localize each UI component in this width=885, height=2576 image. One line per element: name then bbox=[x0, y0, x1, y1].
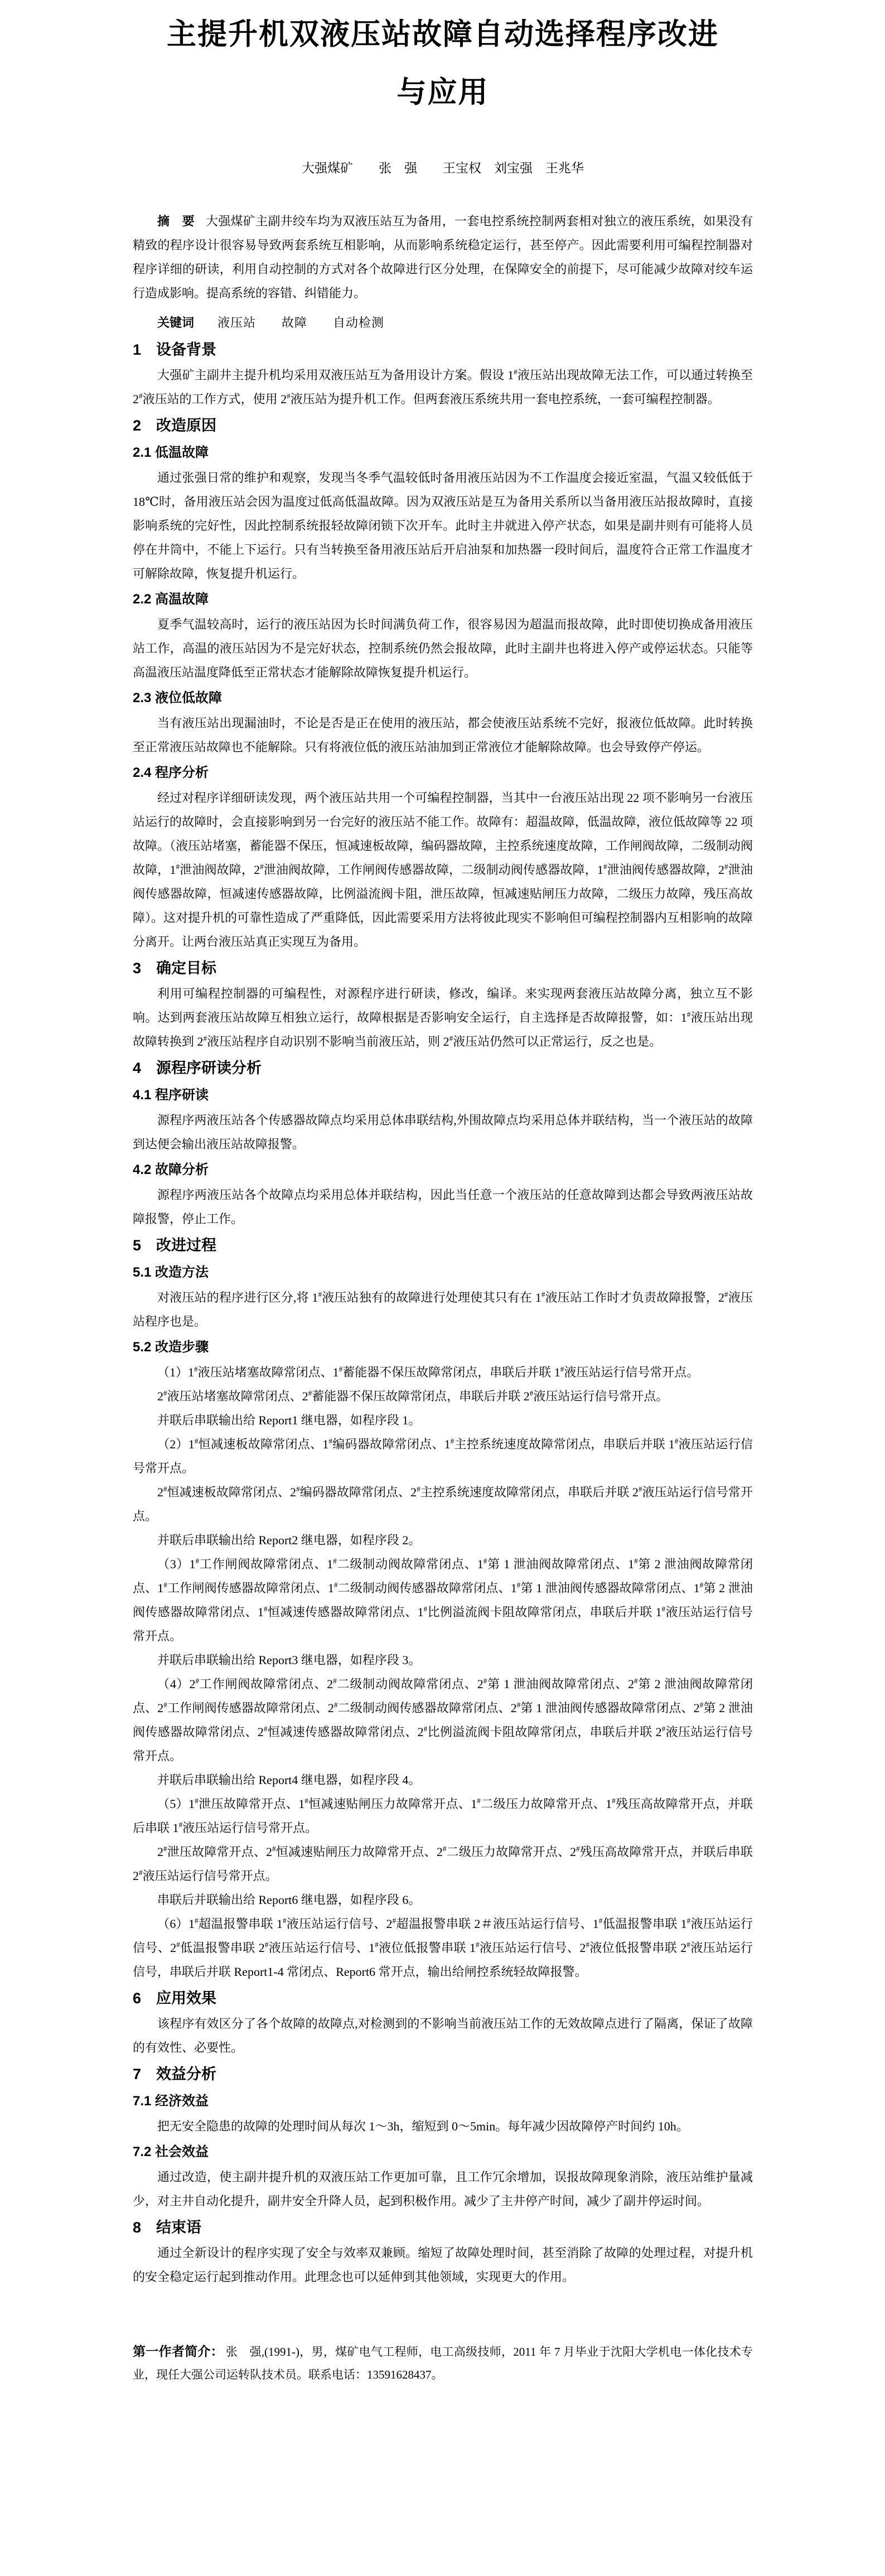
section-heading: 2 改造原因 bbox=[133, 413, 753, 439]
title-line-2: 与应用 bbox=[133, 64, 753, 122]
keywords-text: 液压站 故障 自动检测 bbox=[217, 316, 384, 330]
paragraph: 2#泄压故障常开点、2#恒减速贴闸压力故障常开点、2#二级压力故障常开点、2#残… bbox=[133, 1840, 753, 1888]
subsection-heading: 2.3 液位低故障 bbox=[133, 685, 753, 711]
section-heading: 4 源程序研读分析 bbox=[133, 1055, 753, 1081]
document-body: 1 设备背景大强矿主副井主提升机均采用双液压站互为备用设计方案。假设 1#液压站… bbox=[133, 337, 753, 2289]
subsection-heading: 7.2 社会效益 bbox=[133, 2139, 753, 2165]
paragraph: 2#液压站堵塞故障常闭点、2#蓄能器不保压故障常闭点，串联后并联 2#液压站运行… bbox=[133, 1384, 753, 1408]
paragraph: 源程序两液压站各个故障点均采用总体并联结构，因此当任意一个液压站的任意故障到达都… bbox=[133, 1183, 753, 1231]
paragraph: 并联后串联输出给 Report4 继电器，如程序段 4。 bbox=[133, 1768, 753, 1792]
paragraph: 大强矿主副井主提升机均采用双液压站互为备用设计方案。假设 1#液压站出现故障无法… bbox=[133, 363, 753, 411]
author-bio-text: 张 强,(1991-)，男，煤矿电气工程师，电工高级技师，2011 年 7 月毕… bbox=[133, 2345, 753, 2381]
document-page: 主提升机双液压站故障自动选择程序改进 与应用 大强煤矿 张 强 王宝权 刘宝强 … bbox=[0, 0, 885, 2576]
abstract-text: 大强煤矿主副井绞车均为双液压站互为备用，一套电控系统控制两套相对独立的液压系统，… bbox=[133, 214, 753, 300]
paragraph: 把无安全隐患的故障的处理时间从每次 1～3h，缩短到 0～5min。每年减少因故… bbox=[133, 2114, 753, 2138]
subsection-heading: 5.2 改造步骤 bbox=[133, 1335, 753, 1360]
paragraph: （1）1#液压站堵塞故障常闭点、1#蓄能器不保压故障常闭点，串联后并联 1#液压… bbox=[133, 1360, 753, 1384]
subsection-heading: 2.1 低温故障 bbox=[133, 440, 753, 466]
paragraph: 通过改造，使主副井提升机的双液压站工作更加可靠，且工作冗余增加，误报故障现象消除… bbox=[133, 2165, 753, 2213]
title-line-1: 主提升机双液压站故障自动选择程序改进 bbox=[133, 6, 753, 64]
subsection-heading: 2.4 程序分析 bbox=[133, 760, 753, 786]
paragraph: （4）2#工作闸阀故障常闭点、2#二级制动阀故障常闭点、2#第 1 泄油阀故障常… bbox=[133, 1672, 753, 1768]
section-heading: 7 效益分析 bbox=[133, 2061, 753, 2087]
section-heading: 6 应用效果 bbox=[133, 1985, 753, 2012]
paragraph: 经过对程序详细研读发现，两个液压站共用一个可编程控制器，当其中一台液压站出现 2… bbox=[133, 786, 753, 954]
subsection-heading: 4.1 程序研读 bbox=[133, 1082, 753, 1108]
paragraph: 该程序有效区分了各个故障的故障点,对检测到的不影响当前液压站工作的无效故障点进行… bbox=[133, 2012, 753, 2060]
author-bio-label: 第一作者简介： bbox=[133, 2344, 224, 2358]
paragraph: 利用可编程控制器的可编程性，对源程序进行研读，修改，编译。来实现两套液压站故障分… bbox=[133, 982, 753, 1053]
abstract-label: 摘 要 bbox=[157, 214, 195, 228]
keywords-line: 关键词液压站 故障 自动检测 bbox=[133, 311, 753, 335]
authors-line: 大强煤矿 张 强 王宝权 刘宝强 王兆华 bbox=[133, 156, 753, 180]
paragraph: 2#恒减速板故障常闭点、2#编码器故障常闭点、2#主控系统速度故障常闭点，串联后… bbox=[133, 1480, 753, 1528]
document-content: 主提升机双液压站故障自动选择程序改进 与应用 大强煤矿 张 强 王宝权 刘宝强 … bbox=[133, 0, 753, 2386]
abstract-paragraph: 摘 要大强煤矿主副井绞车均为双液压站互为备用，一套电控系统控制两套相对独立的液压… bbox=[133, 209, 753, 305]
keywords-label: 关键词 bbox=[157, 316, 194, 330]
paragraph: 通过张强日常的维护和观察，发现当冬季气温较低时备用液压站因为不工作温度会接近室温… bbox=[133, 466, 753, 586]
paragraph: 源程序两液压站各个传感器故障点均采用总体串联结构,外围故障点均采用总体并联结构，… bbox=[133, 1108, 753, 1156]
paragraph: （2）1#恒减速板故障常闭点、1#编码器故障常闭点、1#主控系统速度故障常闭点，… bbox=[133, 1432, 753, 1480]
section-heading: 8 结束语 bbox=[133, 2215, 753, 2241]
section-heading: 1 设备背景 bbox=[133, 337, 753, 363]
section-heading: 3 确定目标 bbox=[133, 955, 753, 982]
paragraph: 并联后串联输出给 Report1 继电器，如程序段 1。 bbox=[133, 1408, 753, 1432]
paragraph: （3）1#工作闸阀故障常闭点、1#二级制动阀故障常闭点、1#第 1 泄油阀故障常… bbox=[133, 1552, 753, 1648]
subsection-heading: 7.1 经济效益 bbox=[133, 2089, 753, 2114]
paragraph: （6）1#超温报警串联 1#液压站运行信号、2#超温报警串联 2＃液压站运行信号… bbox=[133, 1912, 753, 1984]
paragraph: 并联后串联输出给 Report3 继电器，如程序段 3。 bbox=[133, 1648, 753, 1672]
author-bio: 第一作者简介：张 强,(1991-)，男，煤矿电气工程师，电工高级技师，2011… bbox=[133, 2340, 753, 2386]
paragraph: （5）1#泄压故障常开点、1#恒减速贴闸压力故障常开点、1#二级压力故障常开点、… bbox=[133, 1792, 753, 1840]
paragraph: 通过全新设计的程序实现了安全与效率双兼顾。缩短了故障处理时间，甚至消除了故障的处… bbox=[133, 2241, 753, 2289]
section-heading: 5 改进过程 bbox=[133, 1233, 753, 1259]
subsection-heading: 5.1 改造方法 bbox=[133, 1260, 753, 1285]
paragraph: 并联后串联输出给 Report2 继电器，如程序段 2。 bbox=[133, 1528, 753, 1552]
paragraph: 当有液压站出现漏油时，不论是否是正在使用的液压站，都会使液压站系统不完好，报液位… bbox=[133, 711, 753, 759]
subsection-heading: 4.2 故障分析 bbox=[133, 1157, 753, 1183]
document-title: 主提升机双液压站故障自动选择程序改进 与应用 bbox=[133, 0, 753, 122]
subsection-heading: 2.2 高温故障 bbox=[133, 587, 753, 612]
paragraph: 对液压站的程序进行区分,将 1#液压站独有的故障进行处理使其只有在 1#液压站工… bbox=[133, 1285, 753, 1333]
paragraph: 串联后并联输出给 Report6 继电器，如程序段 6。 bbox=[133, 1888, 753, 1912]
paragraph: 夏季气温较高时，运行的液压站因为长时间满负荷工作，很容易因为超温而报故障，此时即… bbox=[133, 612, 753, 684]
